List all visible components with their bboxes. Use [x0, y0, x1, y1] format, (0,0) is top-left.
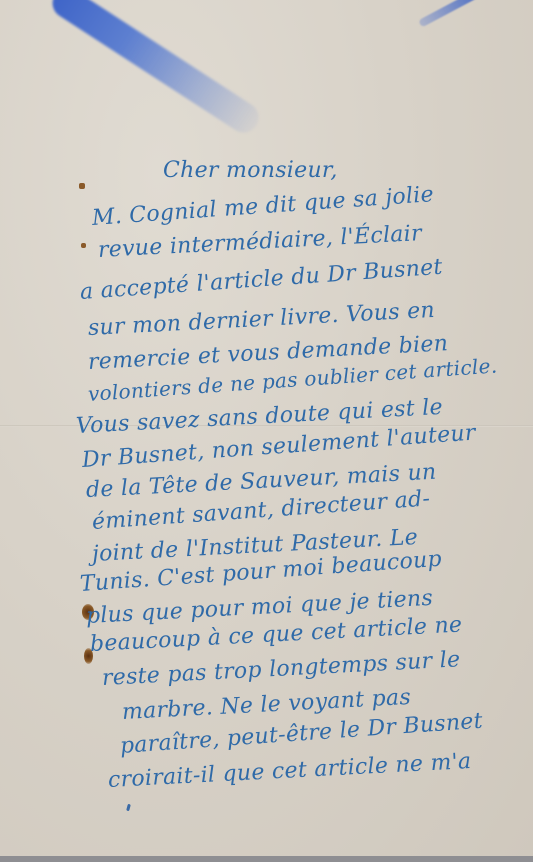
letter-line: revue intermédiaire, l'Éclair [97, 221, 422, 263]
handwritten-letter: Cher monsieur, M. Cognial me dit que sa … [0, 0, 533, 856]
ink-mark [126, 804, 131, 812]
salutation: Cher monsieur, [163, 158, 338, 183]
scan-bottom-edge [0, 856, 533, 862]
letter-line: a accepté l'article du Dr Busnet [79, 255, 443, 305]
